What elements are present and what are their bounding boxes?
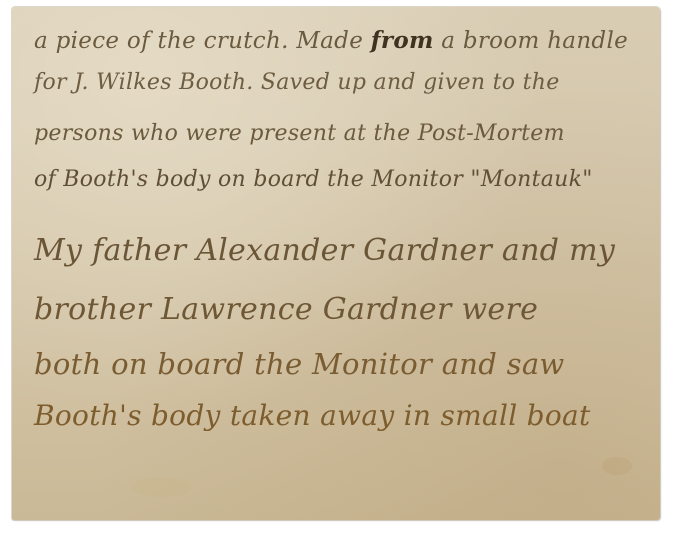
note-line-7: both on board the Monitor and saw (34, 347, 565, 381)
note-line-1-before: a piece of the crutch. Made (34, 28, 371, 54)
note-line-2: for J. Wilkes Booth. Saved up and given … (34, 70, 560, 95)
note-line-1-emphasis: from (371, 27, 434, 54)
note-line-6: brother Lawrence Gardner were (34, 292, 538, 327)
handwritten-note-paper: a piece of the crutch. Made from a broom… (12, 7, 660, 520)
paper-stain (132, 477, 192, 497)
paper-stain (602, 457, 632, 475)
note-line-3: persons who were present at the Post-Mor… (34, 121, 565, 146)
note-line-1: a piece of the crutch. Made from a broom… (34, 27, 628, 54)
note-line-1-after: a broom handle (434, 28, 628, 54)
note-line-5: My father Alexander Gardner and my (34, 233, 615, 268)
note-line-4: of Booth's body on board the Monitor "Mo… (34, 167, 593, 192)
note-line-8: Booth's body taken away in small boat (34, 399, 591, 432)
